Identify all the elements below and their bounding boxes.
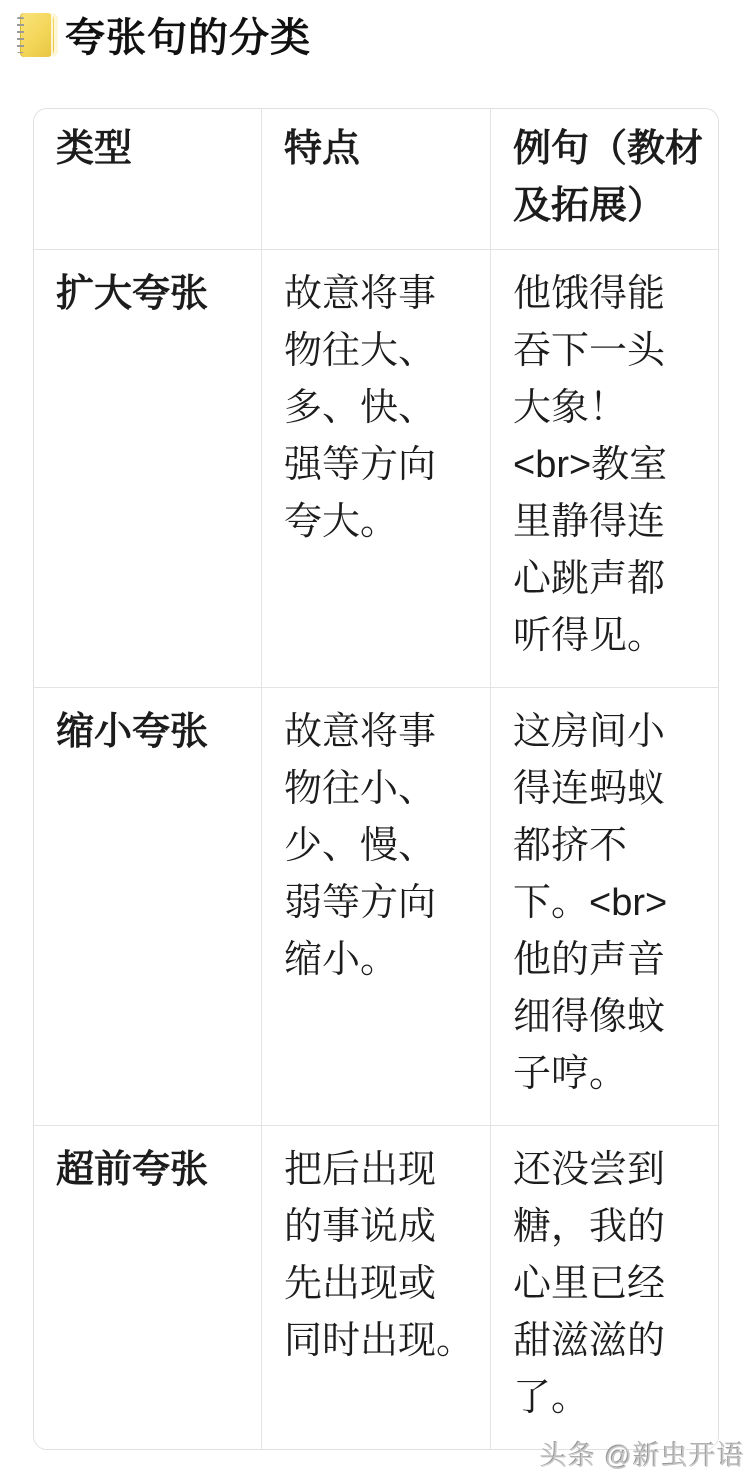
table-row: 扩大夸张 故意将事 物往大、 多、快、 强等方向 夸大。 他饿得能 吞下一头 大… [34,250,718,688]
header-cell-feature: 特点 [262,109,491,250]
classification-table: 类型 特点 例句（教材 及拓展） 扩大夸张 故意将事 物往大、 多、快、 强等方… [33,108,719,1450]
cell-example-shrink: 这房间小 得连蚂蚁 都挤不 下。<br> 他的声音 细得像蚊 子哼。 [491,688,718,1126]
watermark: 头条 @新虫开语 [540,1434,745,1473]
hyperbole-types-table: 类型 特点 例句（教材 及拓展） 扩大夸张 故意将事 物往大、 多、快、 强等方… [34,109,718,1449]
cell-example-advance: 还没尝到 糖，我的 心里已经 甜滋滋的 了。 [491,1126,718,1449]
table-header-row: 类型 特点 例句（教材 及拓展） [34,109,718,250]
cell-type-advance: 超前夸张 [34,1126,262,1449]
cell-example-expand: 他饿得能 吞下一头 大象！ <br>教室 里静得连 心跳声都 听得见。 [491,250,718,688]
page-title-text: 夸张句的分类 [65,6,311,63]
table-row: 缩小夸张 故意将事 物往小、 少、慢、 弱等方向 缩小。 这房间小 得连蚂蚁 都… [34,688,718,1126]
cell-feature-shrink: 故意将事 物往小、 少、慢、 弱等方向 缩小。 [262,688,491,1126]
table-row: 超前夸张 把后出现 的事说成 先出现或 同时出现。 还没尝到 糖，我的 心里已经… [34,1126,718,1449]
cell-type-shrink: 缩小夸张 [34,688,262,1126]
notebook-icon [20,13,58,57]
cell-feature-expand: 故意将事 物往大、 多、快、 强等方向 夸大。 [262,250,491,688]
cell-type-expand: 扩大夸张 [34,250,262,688]
page-title: 夸张句的分类 [20,6,311,63]
watermark-text: 头条 @新虫开语 [540,1441,745,1471]
cell-feature-advance: 把后出现 的事说成 先出现或 同时出现。 [262,1126,491,1449]
header-cell-example: 例句（教材 及拓展） [491,109,718,250]
header-cell-type: 类型 [34,109,262,250]
